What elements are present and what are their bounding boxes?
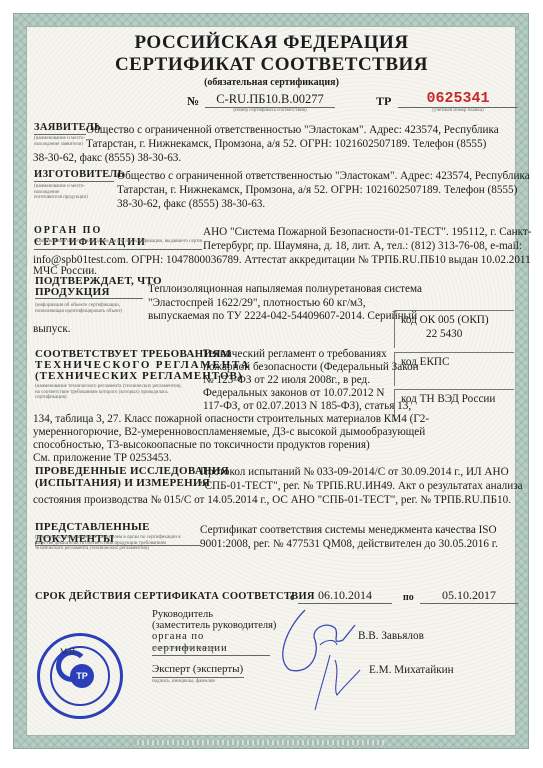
tr-prefix: ТР: [376, 94, 391, 109]
certification-body-line-3: info@spb01test.com. ОГРН: 1047800036789.…: [33, 254, 531, 268]
applicant-label: ЗАЯВИТЕЛЬ: [34, 122, 86, 135]
okp-code-box: код ОК 005 (ОКП) 22 5430: [394, 310, 514, 348]
certification-stamp: ТР М.П.: [37, 633, 123, 719]
head-signature: [265, 600, 365, 720]
expert-name: Е.М. Михатайкин: [369, 664, 454, 678]
tests-line-1: Протокол испытаний № 033-09-2014/С от 30…: [200, 466, 509, 480]
validity-to-date: 05.10.2017: [420, 589, 518, 604]
regulation-line-4: Федеральных законов от 10.07.2012 N: [203, 387, 384, 401]
applicant-line-3: 38-30-62, факс (8555) 38-30-63.: [33, 152, 181, 166]
documents-line-2: 9001:2008, рег. № 477531 QM08, действите…: [200, 538, 498, 552]
manufacturer-line-3: 38-30-62, факс (8555) 38-30-63.: [117, 198, 265, 212]
tnved-code-label: код ТН ВЭД России: [401, 392, 514, 406]
regulation-line-1: Технический регламент о требованиях: [203, 348, 387, 362]
certificate-title: СЕРТИФИКАТ СООТВЕТСТВИЯ: [0, 54, 543, 76]
certificate-subtitle: (обязательная сертификация): [0, 77, 543, 88]
certification-body-line-1: АНО "Система Пожарной Безопасности-01-ТЕ…: [203, 226, 532, 240]
manufacturer-line-2: Татарстан, г. Нижнекамск, Промзона, а/я …: [117, 184, 517, 198]
product-caption: (информация об объекте сертификации, поз…: [35, 303, 147, 314]
expert-signature-caption: подпись, инициалы, фамилия: [152, 679, 215, 685]
manufacturer-line-1: Общество с ограниченной ответственностью…: [117, 170, 530, 184]
expert-label: Эксперт (эксперты): [152, 663, 244, 678]
certification-body-caption: (наименование и местонахождение органа п…: [34, 239, 202, 245]
applicant-caption: (наименование и место-нахождение заявите…: [34, 136, 86, 147]
tests-line-2: "СПБ-01-ТЕСТ", рег. № ТРПБ.RU.ИН49. Акт …: [200, 480, 523, 494]
regulation-line-3: № 123-ФЗ от 22 июля 2008г., в ред.: [203, 374, 370, 388]
certificate-number: C-RU.ПБ10.В.00277: [205, 92, 335, 108]
stamp-tr-logo-icon: ТР: [70, 664, 94, 688]
product-line-4: выпуск.: [33, 323, 71, 337]
certification-body-label: ОРГАН ПО СЕРТИФИКАЦИИ: [34, 225, 202, 250]
tests-label-line-2: (ИСПЫТАНИЯ) И ИЗМЕРЕНИЯ: [35, 477, 210, 489]
documents-caption: (документы, представленные заявителем в …: [35, 535, 185, 552]
validity-to-prefix: по: [403, 592, 414, 603]
tests-line-3: состояния производства № 015/С от 14.05.…: [33, 494, 511, 508]
product-label-line-2: ПРОДУКЦИЯ: [35, 286, 143, 299]
applicant-line-1: Общество с ограниченной ответственностью…: [86, 124, 499, 138]
regulation-line-5: 117-ФЗ, от 02.07.2013 N 185-ФЗ), статья …: [203, 400, 411, 414]
country-title: РОССИЙСКАЯ ФЕДЕРАЦИЯ: [0, 32, 543, 54]
certification-body-line-2: Петербург, пр. Шаумяна, д. 18, лит. А, т…: [203, 240, 522, 254]
regulation-caption: (наименование технического регламента (т…: [35, 384, 185, 401]
head-label-line-3: органа по сертификации: [152, 631, 270, 656]
okp-code-label: код ОК 005 (ОКП): [401, 313, 514, 327]
footer-microtext: [134, 740, 384, 745]
applicant-line-2: Татарстан, г. Нижнекамск, Промзона, а/я …: [86, 138, 486, 152]
documents-line-1: Сертификат соответствия системы менеджме…: [200, 524, 497, 538]
regulation-line-7: умеренногорючие, В2-умеренновоспламеняем…: [33, 426, 425, 440]
manufacturer-label: ИЗГОТОВИТЕЛЬ: [34, 169, 114, 182]
regulation-line-9: См. приложение ТР 0253453.: [33, 452, 172, 466]
okp-code-value: 22 5430: [401, 327, 514, 341]
product-line-1: Теплоизоляционная напыляемая полиуретано…: [148, 283, 422, 297]
product-line-3: выпускаемая по ТУ 2224-042-54409607-2014…: [148, 310, 417, 324]
manufacturer-caption: (наименование и место-нахождение изготов…: [34, 184, 88, 201]
regulation-line-2: пожарной безопасности (Федеральный Закон: [203, 361, 419, 375]
head-signature-caption: подпись, инициалы, фамилия: [152, 646, 215, 652]
stamp-mp-label: М.П.: [60, 647, 77, 656]
certificate-number-caption: (номер сертификата соответствия): [205, 108, 335, 114]
head-name: В.В. Завьялов: [358, 630, 424, 644]
blank-number: 0625341: [398, 90, 518, 108]
number-prefix: №: [187, 94, 199, 109]
regulation-line-8: способностью, Т3-высокоопасные по токсич…: [33, 439, 370, 453]
product-line-2: "Эластоспрей 1622/29", плотностью 60 кг/…: [148, 297, 366, 311]
regulation-line-6: 134, таблица 3, 27. Класс пожарной опасн…: [33, 413, 429, 427]
blank-number-caption: (учетный номер бланка): [398, 108, 518, 114]
